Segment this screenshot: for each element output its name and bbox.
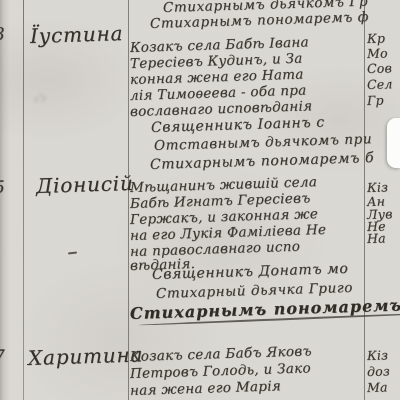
side-column-fragment: Ма: [367, 381, 388, 394]
side-column-fragment: Сел: [367, 78, 393, 91]
entry-number: 3: [0, 27, 5, 44]
side-column-fragment: Сов: [367, 62, 392, 75]
column-rule-right: [364, 0, 365, 400]
entry-number: 7: [0, 349, 5, 366]
handwritten-line: Петровъ Голодь, и Зако: [130, 362, 311, 381]
side-column-fragment: Мо: [367, 47, 388, 60]
side-column-fragment: Кіз: [367, 181, 388, 194]
entry-name: Діонисій: [36, 173, 134, 196]
handwritten-line: Стихарнымъ пономаремъ б: [150, 151, 375, 172]
handwritten-line: ная жена его Марія: [130, 380, 281, 398]
ink-dash-mark: [68, 252, 77, 255]
column-rule-middle: [128, 0, 129, 400]
column-rule-left: [23, 0, 24, 400]
floating-panel-handle[interactable]: [387, 118, 400, 168]
side-column-fragment: На: [367, 232, 386, 245]
side-column-fragment: Кр: [367, 32, 385, 45]
entry-name: Їустина: [30, 23, 124, 46]
entry-name: Харитина: [28, 344, 144, 368]
side-column-fragment: Гр: [367, 94, 384, 107]
bleed-through-mark: ͼ͛ͽ: [34, 92, 47, 104]
handwritten-line: Священникъ Іоаннъ с: [151, 116, 325, 135]
handwritten-line: Стихарнымъ пономаремъ ф: [150, 11, 369, 31]
side-column-fragment: Кіз: [367, 349, 388, 362]
scan-canvas[interactable]: Стихарнымъ дьячкомъ Гр Стихарнымъ понома…: [0, 0, 400, 400]
side-column-fragment: доз: [367, 365, 390, 378]
entry-number: 5: [0, 180, 5, 197]
